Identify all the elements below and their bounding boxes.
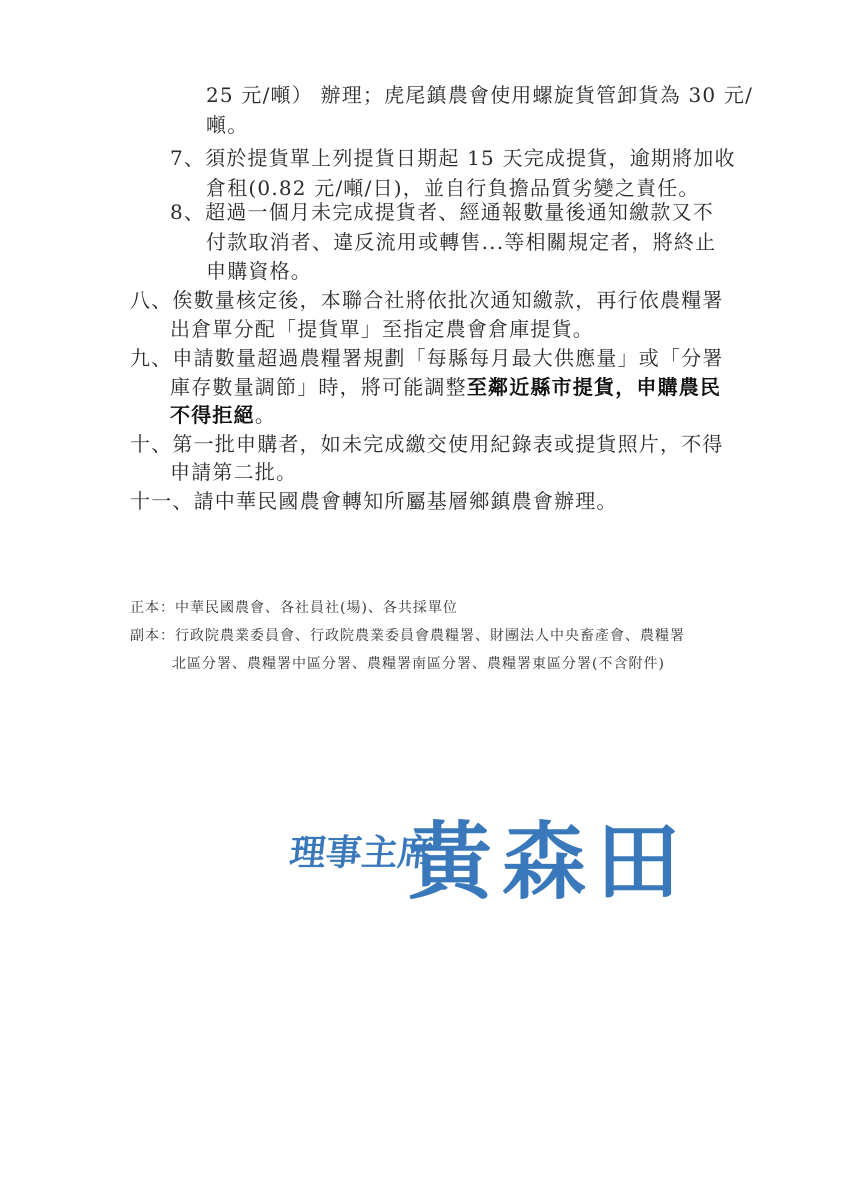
body-line: 申購資格。 [206,258,312,284]
body-line: 倉租(0.82 元/噸/日)，並自行負擔品質劣變之責任。 [206,175,700,201]
body-line: 庫存數量調節」時，將可能調整至鄰近縣市提貨，申購農民 [170,374,721,400]
body-line: 付款取消者、違反流用或轉售...等相關規定者，將終止 [206,229,716,255]
body-line: 25 元/噸） 辦理；虎尾鎮農會使用螺旋貨管卸貨為 30 元/ [206,82,753,108]
section-11-line: 十一、請中華民國農會轉知所屬基層鄉鎮農會辦理。 [130,488,618,514]
item-7-line: 7、須於提貨單上列提貨日期起 15 天完成提貨，逾期將加收 [170,145,736,171]
copy-recipients: 副本：行政院農業委員會、行政院農業委員會農糧署、財團法人中央畜產會、農糧署 [130,627,685,645]
body-line: 申請第二批。 [170,459,297,485]
emphasis-text: 不得拒絕 [170,403,255,427]
original-recipients: 正本：中華民國農會、各社員社(場)、各共採單位 [130,599,458,617]
body-text: 。 [255,403,276,427]
section-8-line: 八、俟數量核定後，本聯合社將依批次通知繳款，再行依農糧署 [130,287,724,313]
body-line: 出倉單分配「提貨單」至指定農會倉庫提貨。 [170,316,594,342]
body-text: 庫存數量調節」時，將可能調整 [170,375,467,399]
body-line: 噸。 [206,112,248,138]
section-9-line: 九、申請數量超過農糧署規劃「每縣每月最大供應量」或「分署 [130,345,724,371]
copy-recipients-cont: 北區分署、農糧署中區分署、農糧署南區分署、農糧署東區分署(不含附件) [172,655,665,673]
item-8-line: 8、超過一個月未完成提貨者、經通報數量後通知繳款又不 [170,199,714,225]
signature-name-stamp: 黃森田 [408,795,690,916]
body-line: 不得拒絕。 [170,402,276,428]
emphasis-text: 至鄰近縣市提貨，申購農民 [467,375,721,399]
section-10-line: 十、第一批申購者，如未完成繳交使用紀錄表或提貨照片，不得 [130,431,724,457]
